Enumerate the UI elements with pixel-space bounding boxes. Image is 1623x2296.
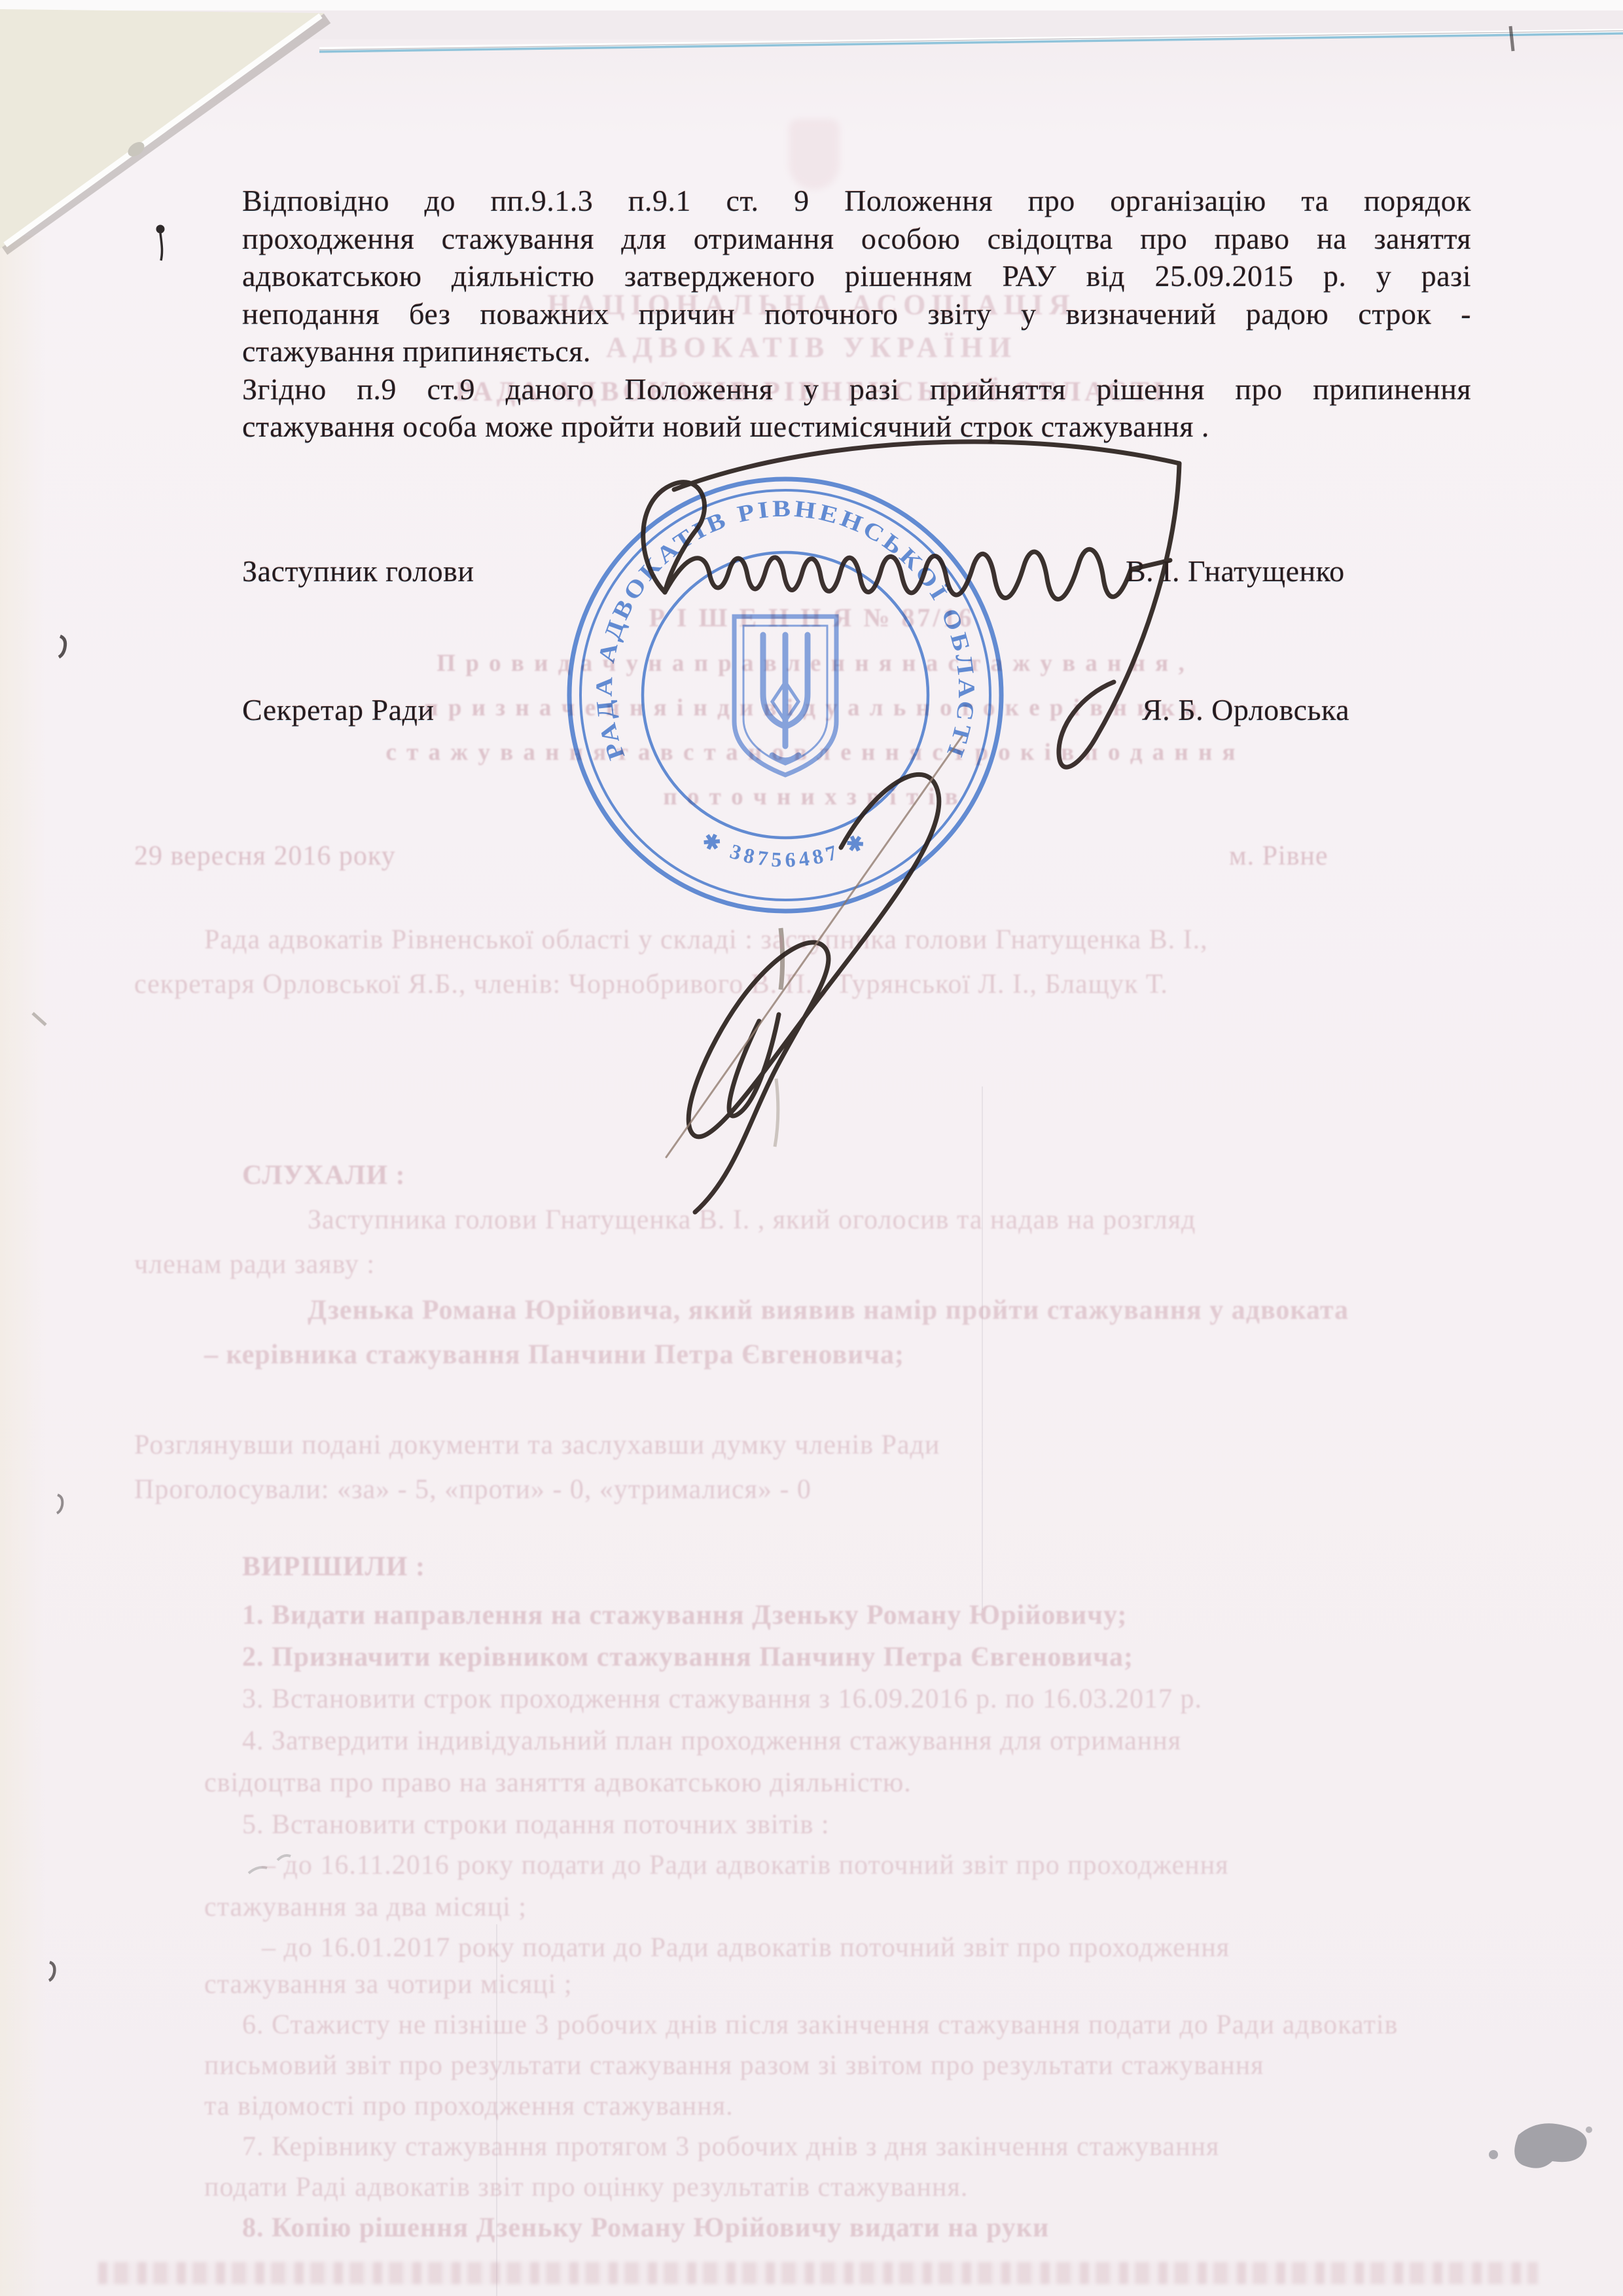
signature-orlovska bbox=[688, 774, 939, 1212]
scanned-document-page: НАЦІОНАЛЬНА АСОЦІАЦІЯАДВОКАТІВ УКРАЇНИРА… bbox=[0, 0, 1623, 2296]
signature-hnatushchenko bbox=[643, 442, 1179, 767]
handwritten-signatures bbox=[0, 0, 1623, 2296]
pencil-diagonal-stroke bbox=[666, 736, 962, 1157]
